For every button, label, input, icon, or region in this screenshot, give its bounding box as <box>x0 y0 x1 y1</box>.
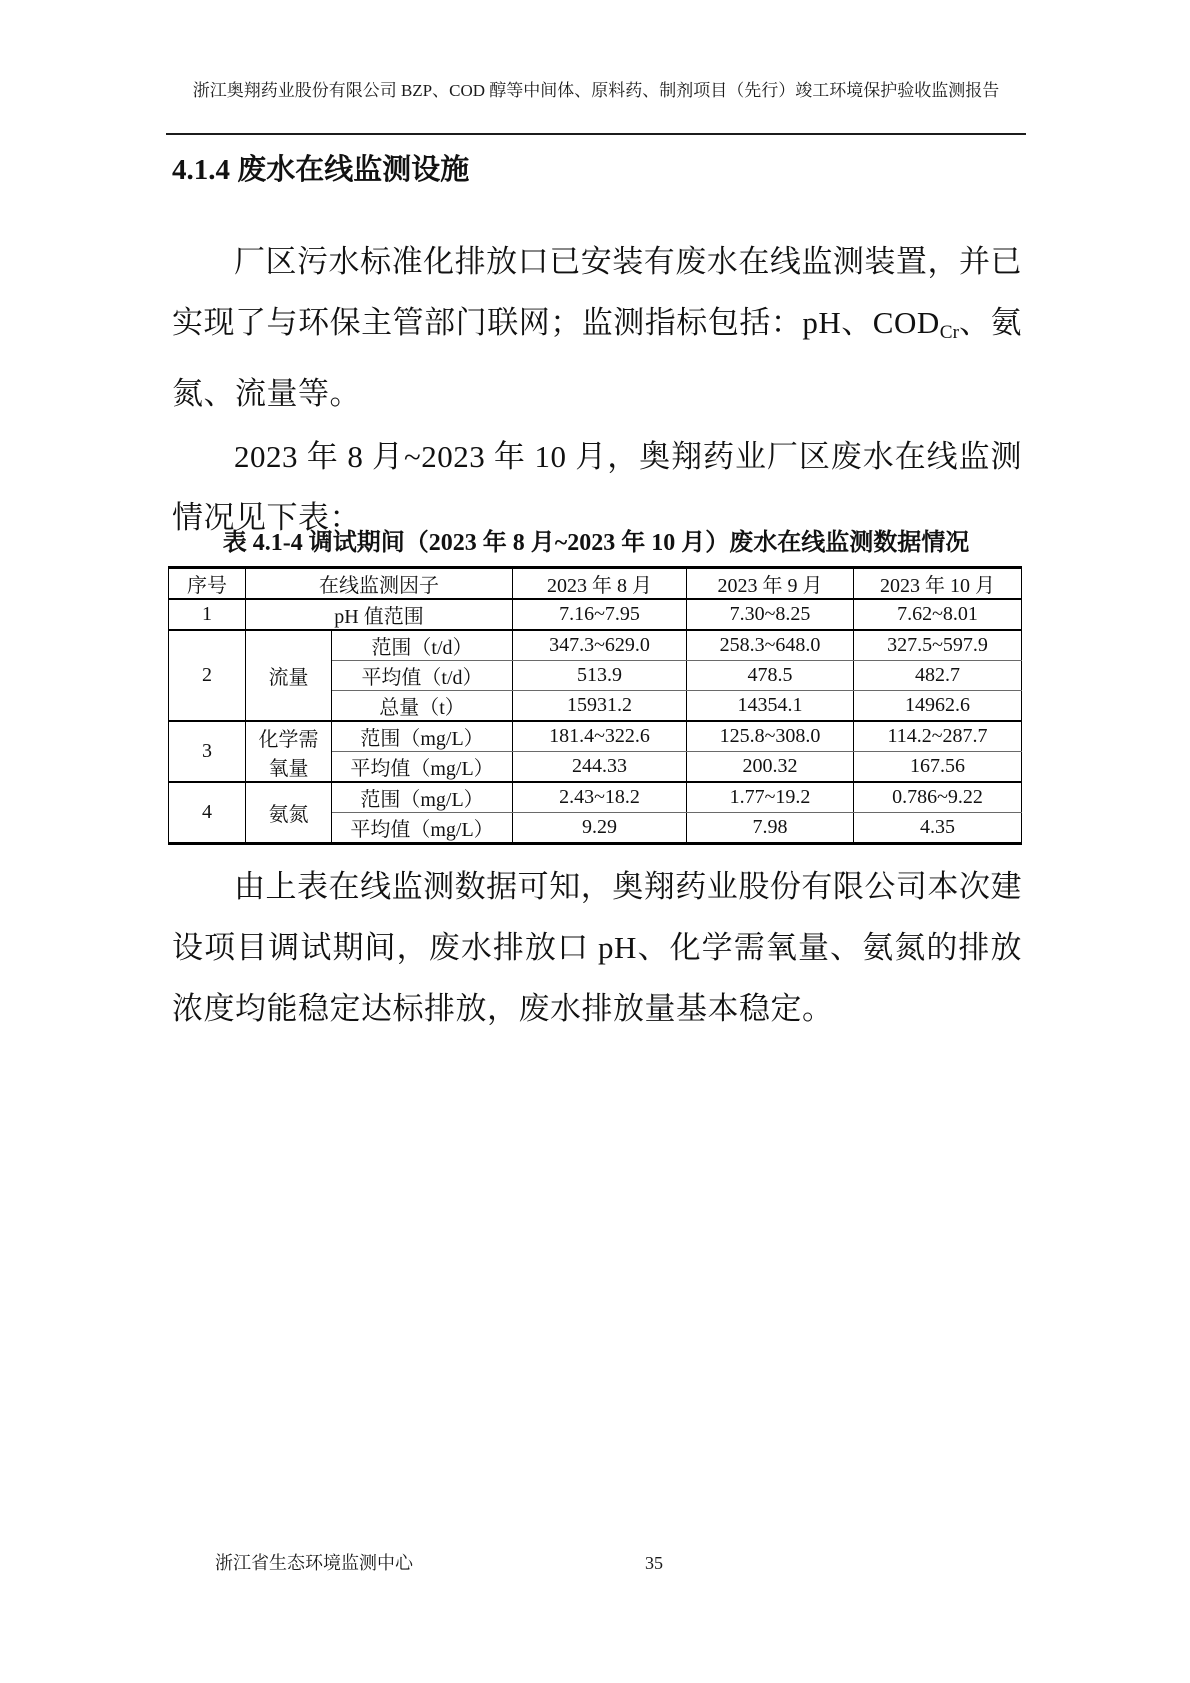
cod-cr-subscript: Cr <box>940 322 959 343</box>
table-row-ph: 1 pH 值范围 7.16~7.95 7.30~8.25 7.62~8.01 <box>169 599 1022 630</box>
table-header-cell: 序号 <box>169 568 246 600</box>
table-cell: 114.2~287.7 <box>854 721 1022 752</box>
table-cell: 14962.6 <box>854 691 1022 722</box>
table-cell: 478.5 <box>687 661 854 691</box>
table-cell: 258.3~648.0 <box>687 630 854 661</box>
table-cell: 327.5~597.9 <box>854 630 1022 661</box>
table-cell: 2.43~18.2 <box>513 782 687 813</box>
table-cell: 7.98 <box>687 813 854 844</box>
table-cell: 14354.1 <box>687 691 854 722</box>
table-cell: 181.4~322.6 <box>513 721 687 752</box>
paragraph-conclusion: 由上表在线监测数据可知，奥翔药业股份有限公司本次建设项目调试期间，废水排放口 p… <box>172 856 1022 1039</box>
table-row-cod-range: 3 化学需氧量 范围（mg/L） 181.4~322.6 125.8~308.0… <box>169 721 1022 752</box>
table-cell: pH 值范围 <box>246 599 513 630</box>
table-cell: 513.9 <box>513 661 687 691</box>
table-cell: 化学需氧量 <box>246 721 332 782</box>
table-cell: 7.62~8.01 <box>854 599 1022 630</box>
footer-organization: 浙江省生态环境监测中心 <box>215 1550 413 1576</box>
table-row-flow-range: 2 流量 范围（t/d） 347.3~629.0 258.3~648.0 327… <box>169 630 1022 661</box>
table-row-nh3-range: 4 氨氮 范围（mg/L） 2.43~18.2 1.77~19.2 0.786~… <box>169 782 1022 813</box>
table-cell: 7.30~8.25 <box>687 599 854 630</box>
table-cell: 347.3~629.0 <box>513 630 687 661</box>
table-cell: 0.786~9.22 <box>854 782 1022 813</box>
table-cell: 范围（mg/L） <box>332 721 513 752</box>
table-cell: 4.35 <box>854 813 1022 844</box>
paragraph-monitoring-device: 厂区污水标准化排放口已安装有废水在线监测装置，并已实现了与环保主管部门联网；监测… <box>172 231 1022 424</box>
page-footer: 浙江省生态环境监测中心 35 <box>0 1550 1190 1576</box>
table-cell: 9.29 <box>513 813 687 844</box>
monitoring-data-table: 序号 在线监测因子 2023 年 8 月 2023 年 9 月 2023 年 1… <box>168 566 1022 845</box>
table-cell: 125.8~308.0 <box>687 721 854 752</box>
table-cell: 7.16~7.95 <box>513 599 687 630</box>
table-header-cell: 2023 年 10 月 <box>854 568 1022 600</box>
table-header-row: 序号 在线监测因子 2023 年 8 月 2023 年 9 月 2023 年 1… <box>169 568 1022 600</box>
table-cell: 4 <box>169 782 246 844</box>
table-title: 表 4.1-4 调试期间（2023 年 8 月~2023 年 10 月）废水在线… <box>172 527 1020 559</box>
section-heading: 4.1.4 废水在线监测设施 <box>172 150 1020 190</box>
table-cell: 总量（t） <box>332 691 513 722</box>
table-cell: 范围（t/d） <box>332 630 513 661</box>
table-cell: 167.56 <box>854 752 1022 783</box>
page-number: 35 <box>645 1550 663 1576</box>
table-cell: 200.32 <box>687 752 854 783</box>
table-cell: 3 <box>169 721 246 782</box>
table-cell: 平均值（mg/L） <box>332 752 513 783</box>
running-header: 浙江奥翔药业股份有限公司 BZP、COD 醇等中间体、原料药、制剂项目（先行）竣… <box>172 80 1020 102</box>
paragraph-text: 厂区污水标准化排放口已安装有废水在线监测装置，并已实现了与环保主管部门联网；监测… <box>172 244 1022 340</box>
document-page: 浙江奥翔药业股份有限公司 BZP、COD 醇等中间体、原料药、制剂项目（先行）竣… <box>0 0 1190 1683</box>
table-cell: 1 <box>169 599 246 630</box>
table-cell: 流量 <box>246 630 332 721</box>
table-header-cell: 2023 年 9 月 <box>687 568 854 600</box>
table-cell: 15931.2 <box>513 691 687 722</box>
table-cell: 平均值（t/d） <box>332 661 513 691</box>
table-cell: 1.77~19.2 <box>687 782 854 813</box>
table-cell: 平均值（mg/L） <box>332 813 513 844</box>
header-divider <box>166 133 1026 135</box>
table-cell: 氨氮 <box>246 782 332 844</box>
table-cell: 范围（mg/L） <box>332 782 513 813</box>
table-cell: 482.7 <box>854 661 1022 691</box>
table-cell: 2 <box>169 630 246 721</box>
table-header-cell: 在线监测因子 <box>246 568 513 600</box>
table-header-cell: 2023 年 8 月 <box>513 568 687 600</box>
table-cell: 244.33 <box>513 752 687 783</box>
